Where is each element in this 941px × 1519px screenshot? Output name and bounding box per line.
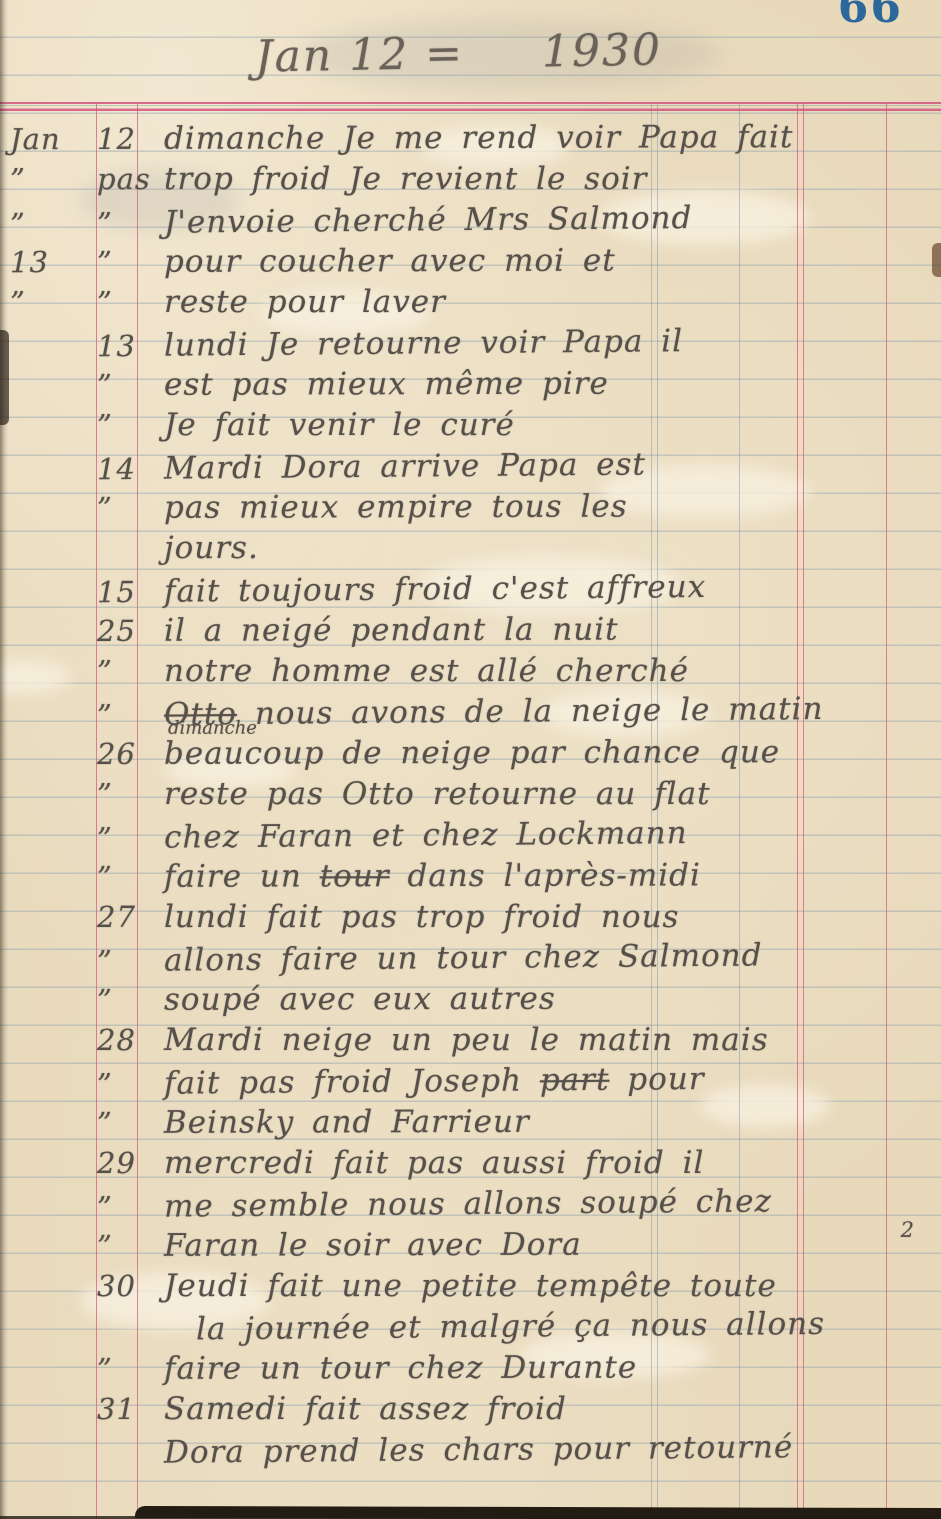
entry-day-cell: 29 [95,1143,150,1184]
entry-text-cell: allons faire un tour chez Salmond [150,934,941,982]
entry-month-cell [0,1310,95,1311]
entry-row: Jan12dimanche Je me rend voir Papa fait [0,117,941,160]
entry-row: 26beaucoup de neige par chance quedimanc… [0,732,941,775]
entry-day-cell: 26 [95,734,150,775]
entry-row: ”est pas mieux même pire [0,363,941,406]
entry-row: ”notre homme est allé cherché [0,651,941,692]
entry-day-cell: 13 [95,326,150,367]
entry-month-cell: ” [0,282,95,323]
entry-text-cell: faire un tour dans l'après-midi [150,855,941,898]
entry-month-cell [0,695,95,696]
entry-month-cell: ” [0,203,95,245]
entry-text-segment: me semble nous allons soupé chez [164,1183,772,1224]
entry-day-cell: 31 [95,1389,150,1430]
entry-day-cell: pas [95,159,150,200]
entry-text-cell: fait toujours froid c'est affreux [150,565,941,613]
entry-text-cell: beaucoup de neige par chance que [150,732,941,775]
entry-day-cell: ” [95,857,150,898]
entry-row: 27lundi fait pas trop froid nous [0,897,941,938]
entry-text-cell: Jeudi fait une petite tempête toute [150,1266,941,1307]
entry-text-segment: allons faire un tour chez Salmond [164,937,763,978]
entry-text-cell: trop froid Je revient le soir [150,159,941,200]
entry-row: 28Mardi neige un peu le matin mais [0,1020,941,1061]
inserted-word-above: dimanche [168,720,257,738]
entry-row: ”Beinsky and Farrieur [0,1101,941,1144]
entry-row: la journée et malgré ça nous allons [0,1303,941,1352]
entry-text-segment: trop froid Je revient le soir [164,161,647,197]
entry-text-cell: J'envoie cherché Mrs Salmond [150,196,941,244]
entry-month-cell [0,1187,95,1188]
entry-text-segment: Faran le soir avec Dora [164,1227,582,1264]
entry-text-segment: Beinsky and Farrieur [164,1104,530,1141]
entry-text-segment: pour [609,1061,704,1098]
entry-row: ”allons faire un tour chez Salmond [0,934,941,983]
entry-row: ”reste pas Otto retourne au flat [0,774,941,815]
diary-ledger-page: 66 Jan 12 = 1930 Jan12dimanche Je me ren… [0,0,941,1519]
entry-text-segment: soupé avec eux autres [164,981,556,1018]
entry-text-segment: la journée et malgré ça nous allons [196,1306,825,1347]
entry-text-cell: jours. [150,528,941,569]
entry-row: ”Je fait venir le curé [0,405,941,446]
entry-text-cell: Dora prend les chars pour retourné [150,1426,941,1474]
entry-text-cell: pas mieux empire tous les [150,486,941,529]
entry-text-segment: Mardi Dora arrive Papa est [164,446,646,486]
scan-edge-right-spot [932,243,941,277]
entry-text-cell: Otto nous avons de la neige le matin [150,688,941,736]
entry-text-cell: faire un tour chez Durante [150,1347,941,1390]
entry-row: ”chez Faran et chez Lockmann [0,811,941,860]
entry-text-cell: Je fait venir le curé [150,405,941,446]
entry-month-cell [0,1433,95,1434]
entry-text-cell: reste pas Otto retourne au flat [150,774,941,815]
entry-text-segment: est pas mieux même pire [164,366,609,403]
entry-day-cell: ” [95,1349,150,1390]
entry-text-segment: mercredi fait pas aussi froid il [164,1145,704,1181]
entry-day-cell: 15 [95,572,150,613]
entry-text-segment: Mardi neige un peu le matin mais [164,1022,769,1058]
entry-text-cell: Faran le soir avec Dora [150,1224,941,1267]
entry-text-cell: pour coucher avec moi et [150,240,941,283]
entry-day-cell: ” [95,1064,150,1105]
entry-text-segment: dimanche Je me rend voir Papa fait [164,119,793,157]
entry-text-cell: reste pour laver [150,282,941,323]
entry-text-cell: mercredi fait pas aussi froid il [150,1143,941,1184]
entry-text-cell: soupé avec eux autres [150,978,941,1021]
entry-text-segment: jours. [164,530,259,566]
entry-day-cell: 30 [95,1266,150,1307]
entry-text-segment: J'envoie cherché Mrs Salmond [164,200,693,241]
scan-edge-bottom [135,1506,941,1519]
entry-row: ”faire un tour dans l'après-midi [0,855,941,898]
entry-row: ””reste pour laver [0,282,941,323]
entry-row: ”pastrop froid Je revient le soir [0,159,941,200]
header-rule-band [0,102,941,111]
entry-month-cell: 13 [0,242,95,283]
entry-day-cell: 12 [95,119,150,160]
diary-entries: Jan12dimanche Je me rend voir Papa fait”… [0,118,941,1471]
entry-row: 14Mardi Dora arrive Papa est [0,442,941,491]
entry-day-cell: ” [95,1103,150,1144]
entry-text-segment: il a neigé pendant la nuit [164,612,619,649]
entry-row: Dora prend les chars pour retourné [0,1426,941,1475]
entry-row: 25il a neigé pendant la nuit [0,609,941,652]
entry-month-cell [0,449,95,450]
entry-text-segment: fait pas froid Joseph [164,1062,540,1101]
entry-day-cell: ” [95,695,150,736]
entry-text-segment: lundi fait pas trop froid nous [164,899,679,935]
entry-text-segment: dans l'après-midi [390,857,701,894]
entry-text-segment: beaucoup de neige par chance que [164,734,780,772]
entry-text-cell: la journée et malgré ça nous allons [150,1303,941,1351]
entry-row: 13”pour coucher avec moi et [0,240,941,283]
struck-word: part [540,1062,610,1099]
entry-day-cell: 25 [95,611,150,652]
entry-day-cell: 28 [95,1020,150,1061]
entry-text-segment: Dora prend les chars pour retourné [164,1429,794,1470]
entry-day-cell: ” [95,242,150,283]
entry-day-cell: ” [95,203,150,244]
entry-month-cell [0,326,95,327]
entry-text-segment: Je fait venir le curé [164,407,515,443]
entry-text-segment: Samedi fait assez froid [164,1391,567,1427]
entry-day-cell: ” [95,980,150,1021]
entry-text-cell: lundi Je retourne voir Papa il [150,319,941,367]
entry-text-segment: fait toujours froid c'est affreux [164,569,706,610]
entry-text-segment: notre homme est allé cherché [164,653,689,689]
entry-row: ”me semble nous allons soupé chez [0,1180,941,1229]
struck-word: tour [320,858,390,894]
scan-edge-left [0,0,8,1519]
entry-text-segment: reste pour laver [164,284,446,320]
entry-text-segment: chez Faran et chez Lockmann [164,815,688,856]
entry-month-cell [0,572,95,573]
entry-row: ”Faran le soir avec Dora2 [0,1224,941,1267]
entry-row: ”soupé avec eux autres [0,978,941,1021]
entry-row: 31Samedi fait assez froid [0,1389,941,1430]
entry-text-cell: notre homme est allé cherché [150,651,941,692]
entry-row: ”faire un tour chez Durante [0,1347,941,1390]
entry-row: ”Otto nous avons de la neige le matin [0,688,941,737]
header-year-text: 1930 [542,24,663,77]
entry-row: ””J'envoie cherché Mrs Salmond [0,196,941,245]
entry-row: 29mercredi fait pas aussi froid il [0,1143,941,1184]
entry-row: 15fait toujours froid c'est affreux [0,565,941,614]
entry-text-segment: faire un [164,858,320,894]
entry-text-cell: me semble nous allons soupé chez [150,1180,941,1228]
entry-text-segment: reste pas Otto retourne au flat [164,776,711,812]
superscript-note: 2 [901,1220,915,1241]
page-number: 66 [838,0,903,33]
entry-text-segment: nous avons de la neige le matin [237,691,824,732]
entry-day-cell: ” [95,365,150,406]
entry-text-cell: Samedi fait assez froid [150,1389,941,1430]
entry-month-cell [0,1064,95,1065]
entry-row: 13lundi Je retourne voir Papa il [0,319,941,368]
scan-edge-dark-blob [0,330,9,425]
entry-text-cell: Beinsky and Farrieur [150,1101,941,1144]
entry-text-segment: pas mieux empire tous les [164,489,628,526]
entry-text-cell: il a neigé pendant la nuit [150,609,941,652]
entry-day-cell: ” [95,651,150,692]
entry-month-cell: ” [0,159,95,200]
entry-text-cell: Mardi Dora arrive Papa est [150,442,941,490]
entry-day-cell: ” [95,1226,150,1267]
entry-text-cell: chez Faran et chez Lockmann [150,811,941,859]
entry-text-cell: dimanche Je me rend voir Papa fait [150,117,941,160]
entry-month-cell: Jan [0,119,95,160]
page-header: Jan 12 = 1930 [255,24,663,82]
entry-day-cell: 14 [95,449,150,490]
entry-day-cell: ” [95,405,150,446]
entry-month-cell [0,941,95,942]
header-date-text: Jan 12 = [255,28,465,83]
entry-row: ”fait pas froid Joseph part pour [0,1057,941,1106]
entry-text-segment: pour coucher avec moi et [164,243,616,280]
entry-day-cell: ” [95,488,150,529]
entry-day-cell: ” [95,282,150,323]
entry-text-cell: est pas mieux même pire [150,363,941,406]
entry-row: ”pas mieux empire tous les [0,486,941,529]
entry-text-segment: Jeudi fait une petite tempête toute [164,1268,777,1304]
entry-row: jours. [0,528,941,569]
entry-day-cell: 27 [95,897,150,938]
entry-text-segment: lundi Je retourne voir Papa il [164,323,683,364]
entry-text-cell: lundi fait pas trop froid nous [150,897,941,938]
entry-day-cell: ” [95,818,150,859]
entry-text-cell: fait pas froid Joseph part pour [150,1057,941,1105]
entry-text-segment: faire un tour chez Durante [164,1350,637,1387]
entry-row: 30Jeudi fait une petite tempête toute [0,1266,941,1307]
entry-month-cell [0,818,95,819]
entry-day-cell: ” [95,941,150,982]
entry-text-cell: Mardi neige un peu le matin mais [150,1020,941,1061]
entry-day-cell: ” [95,774,150,815]
entry-day-cell: ” [95,1187,150,1228]
